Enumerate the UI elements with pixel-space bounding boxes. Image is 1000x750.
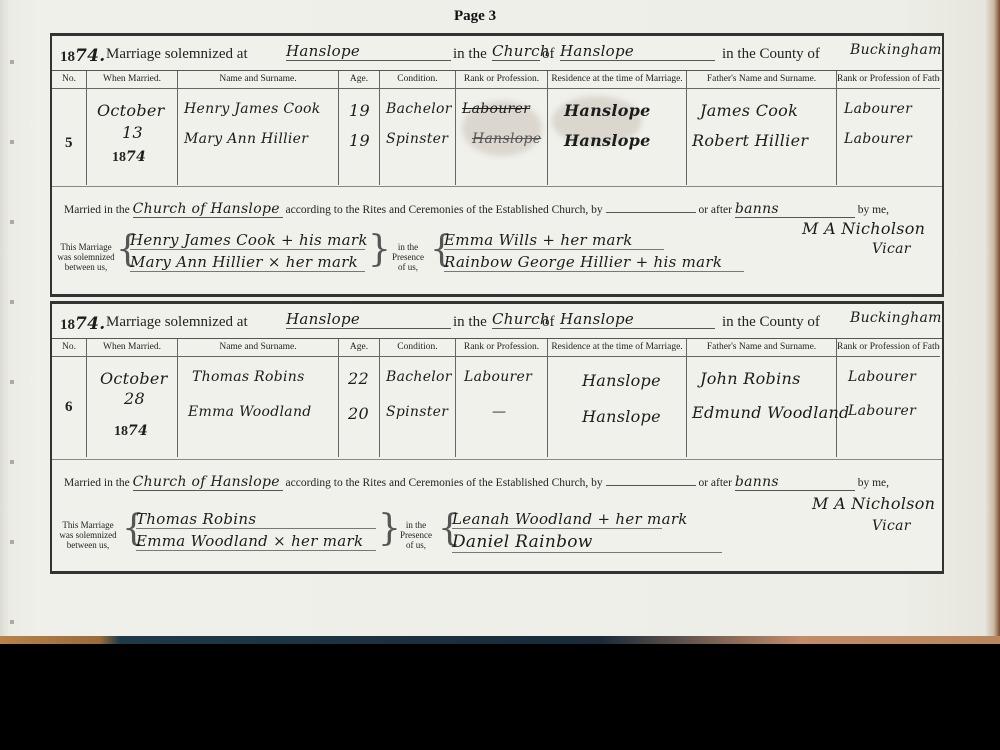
officiant-title: Vicar <box>872 518 911 534</box>
married-day: 13 <box>122 123 143 142</box>
between-us-label: This Marriage was solemnized between us, <box>58 520 118 550</box>
page-number: Page 3 <box>454 8 496 25</box>
bride-father-rank: Labourer <box>844 131 912 147</box>
entry-header: 1874. Marriage solemnized at Hanslope in… <box>60 40 938 68</box>
place-value: Hanslope <box>286 42 451 61</box>
married-year: 1874 <box>112 149 146 166</box>
groom-name: Thomas Robins <box>192 369 305 385</box>
groom-rank: Labourer <box>464 369 532 385</box>
marriage-entry-6: 1874. Marriage solemnized at Hanslope in… <box>50 301 944 574</box>
married-in-value: Church of Hanslope <box>133 474 283 491</box>
bride-condition: Spinster <box>386 404 448 420</box>
officiant-signature: M A Nicholson <box>812 494 935 513</box>
binding-stitches <box>10 0 14 640</box>
bride-residence: Hanslope <box>582 407 661 426</box>
between-us-label: This Marriage was solemnized between us, <box>56 242 116 272</box>
married-year: 1874 <box>114 423 148 440</box>
parish-value: Hanslope <box>560 310 715 329</box>
entry-signatures: Married in the Church of Hanslope accord… <box>52 186 942 291</box>
entry-table: No. When Married. Name and Surname. Age.… <box>52 338 942 339</box>
county-value: Buckingham <box>850 42 942 58</box>
groom-condition: Bachelor <box>386 101 452 117</box>
party-signature-2: Mary Ann Hillier × her mark <box>130 253 365 272</box>
entry-year: 1874. <box>60 314 105 334</box>
bride-name: Mary Ann Hillier <box>184 131 308 147</box>
married-day: 28 <box>124 389 145 408</box>
party-signature-2: Emma Woodland × her mark <box>136 532 376 551</box>
col-name: Name and Surname. <box>178 71 339 89</box>
license-value <box>606 485 696 486</box>
officiant-title: Vicar <box>872 241 911 257</box>
col-residence: Residence at the time of Marriage. <box>548 71 687 89</box>
groom-residence: Hanslope <box>564 101 651 120</box>
place-value: Hanslope <box>286 310 451 329</box>
col-when: When Married. <box>87 339 178 357</box>
groom-father-name: John Robins <box>700 369 801 388</box>
col-residence: Residence at the time of Marriage. <box>548 339 687 357</box>
married-month: October <box>97 101 165 120</box>
col-name: Name and Surname. <box>178 339 339 357</box>
bride-father-name: Edmund Woodland <box>692 403 850 422</box>
bride-rank: — <box>492 404 506 420</box>
groom-father-rank: Labourer <box>848 369 916 385</box>
bride-condition: Spinster <box>386 131 448 147</box>
col-father-name: Father's Name and Surname. <box>687 71 837 89</box>
col-no: No. <box>52 339 87 357</box>
solemnized-label: Marriage solemnized at <box>106 314 248 331</box>
bride-residence: Hanslope <box>564 131 651 150</box>
col-condition: Condition. <box>380 71 456 89</box>
entry-year: 1874. <box>60 46 105 66</box>
bride-father-rank: Labourer <box>848 403 916 419</box>
bride-father-name: Robert Hillier <box>692 131 808 150</box>
after-value: banns <box>735 201 855 218</box>
county-value: Buckingham <box>850 310 942 326</box>
bride-age: 20 <box>348 404 369 423</box>
after-value: banns <box>735 474 855 491</box>
married-in-value: Church of Hanslope <box>133 201 283 218</box>
presence-label: in the Presence of us, <box>396 520 436 550</box>
col-when: When Married. <box>87 71 178 89</box>
entry-number: 5 <box>65 135 73 152</box>
entry-table: No. When Married. Name and Surname. Age.… <box>52 70 942 71</box>
married-in-line: Married in the Church of Hanslope accord… <box>64 201 889 218</box>
entry-number: 6 <box>65 399 73 416</box>
of-label: of <box>542 46 555 63</box>
register-page: Page 3 1874. Marriage solemnized at Hans… <box>0 0 1000 640</box>
col-condition: Condition. <box>380 339 456 357</box>
book-edge <box>0 636 1000 644</box>
groom-name: Henry James Cook <box>184 101 321 117</box>
col-age: Age. <box>339 71 380 89</box>
in-the-label: in the <box>453 46 487 63</box>
of-label: of <box>542 314 555 331</box>
col-rank: Rank or Profession. <box>456 339 548 357</box>
col-father-name: Father's Name and Surname. <box>687 339 837 357</box>
entry-header: 1874. Marriage solemnized at Hanslope in… <box>60 308 938 336</box>
groom-age: 19 <box>349 101 370 120</box>
officiant-signature: M A Nicholson <box>802 219 925 238</box>
church-type-value: Church <box>492 310 540 329</box>
county-label: in the County of <box>722 46 820 63</box>
party-signature-1: Thomas Robins <box>136 510 376 529</box>
married-in-line: Married in the Church of Hanslope accord… <box>64 474 889 491</box>
parish-value: Hanslope <box>560 42 715 61</box>
witness-signature-2: Rainbow George Hillier + his mark <box>444 253 744 272</box>
entry-signatures: Married in the Church of Hanslope accord… <box>52 459 942 568</box>
marriage-entry-5: 1874. Marriage solemnized at Hanslope in… <box>50 33 944 297</box>
married-month: October <box>100 369 168 388</box>
license-value <box>606 212 696 213</box>
groom-residence: Hanslope <box>582 371 661 390</box>
witness-signature-1: Leanah Woodland + her mark <box>452 510 662 529</box>
party-signature-1: Henry James Cook + his mark <box>130 231 365 250</box>
bride-rank: Hanslope <box>472 131 541 147</box>
witness-signature-2: Daniel Rainbow <box>452 532 722 553</box>
witness-signature-1: Emma Wills + her mark <box>444 231 664 250</box>
groom-age: 22 <box>348 369 369 388</box>
col-father-rank: Rank or Profession of Father. <box>837 71 940 89</box>
groom-rank: Labourer <box>462 101 530 117</box>
groom-condition: Bachelor <box>386 369 452 385</box>
solemnized-label: Marriage solemnized at <box>106 46 248 63</box>
col-no: No. <box>52 71 87 89</box>
col-rank: Rank or Profession. <box>456 71 548 89</box>
bride-age: 19 <box>349 131 370 150</box>
groom-father-name: James Cook <box>700 101 798 120</box>
groom-father-rank: Labourer <box>844 101 912 117</box>
county-label: in the County of <box>722 314 820 331</box>
church-type-value: Church <box>492 42 540 61</box>
col-father-rank: Rank or Profession of Father. <box>837 339 940 357</box>
col-age: Age. <box>339 339 380 357</box>
in-the-label: in the <box>453 314 487 331</box>
bride-name: Emma Woodland <box>188 404 312 420</box>
presence-label: in the Presence of us, <box>388 242 428 272</box>
